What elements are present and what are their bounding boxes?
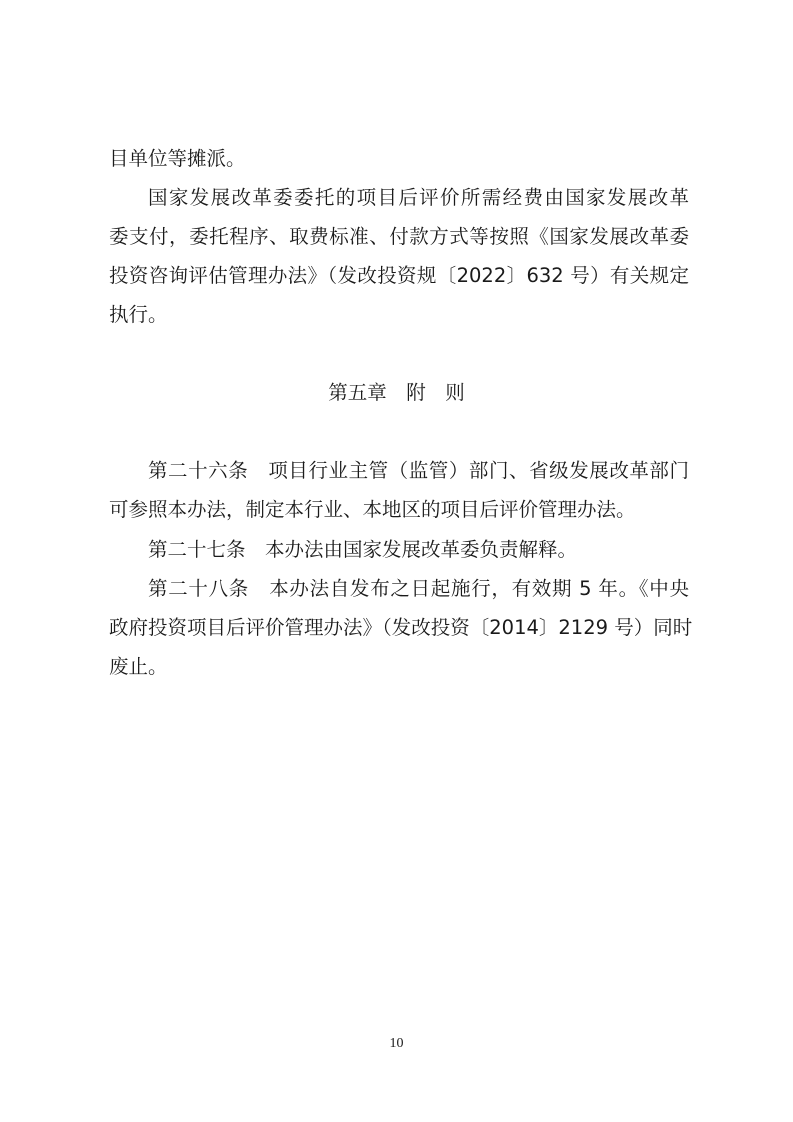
paragraph-line: 执行。 [109, 303, 689, 327]
paragraph-line: 投资咨询评估管理办法》（发改投资规〔2022〕632 号）有关规定 [109, 264, 689, 288]
article-27-line: 第二十七条 本办法由国家发展改革委负责解释。 [148, 538, 689, 562]
article-26-line: 可参照本办法，制定本行业、本地区的项目后评价管理办法。 [109, 498, 689, 522]
document-page: 目单位等摊派。 国家发展改革委委托的项目后评价所需经费由国家发展改革 委支付，委… [0, 0, 793, 1122]
paragraph-line: 委支付，委托程序、取费标准、付款方式等按照《国家发展改革委 [109, 225, 689, 249]
article-26-line: 第二十六条 项目行业主管（监管）部门、省级发展改革部门 [148, 459, 689, 483]
article-28-line: 政府投资项目后评价管理办法》（发改投资〔2014〕2129 号）同时 [109, 616, 689, 640]
page-number: 10 [0, 1036, 793, 1052]
paragraph-line: 目单位等摊派。 [109, 147, 689, 171]
article-28-line: 废止。 [109, 655, 689, 679]
chapter-heading: 第五章 附 则 [0, 381, 793, 405]
paragraph-line: 国家发展改革委委托的项目后评价所需经费由国家发展改革 [148, 186, 689, 210]
article-28-line: 第二十八条 本办法自发布之日起施行，有效期 5 年。《中央 [148, 577, 689, 601]
